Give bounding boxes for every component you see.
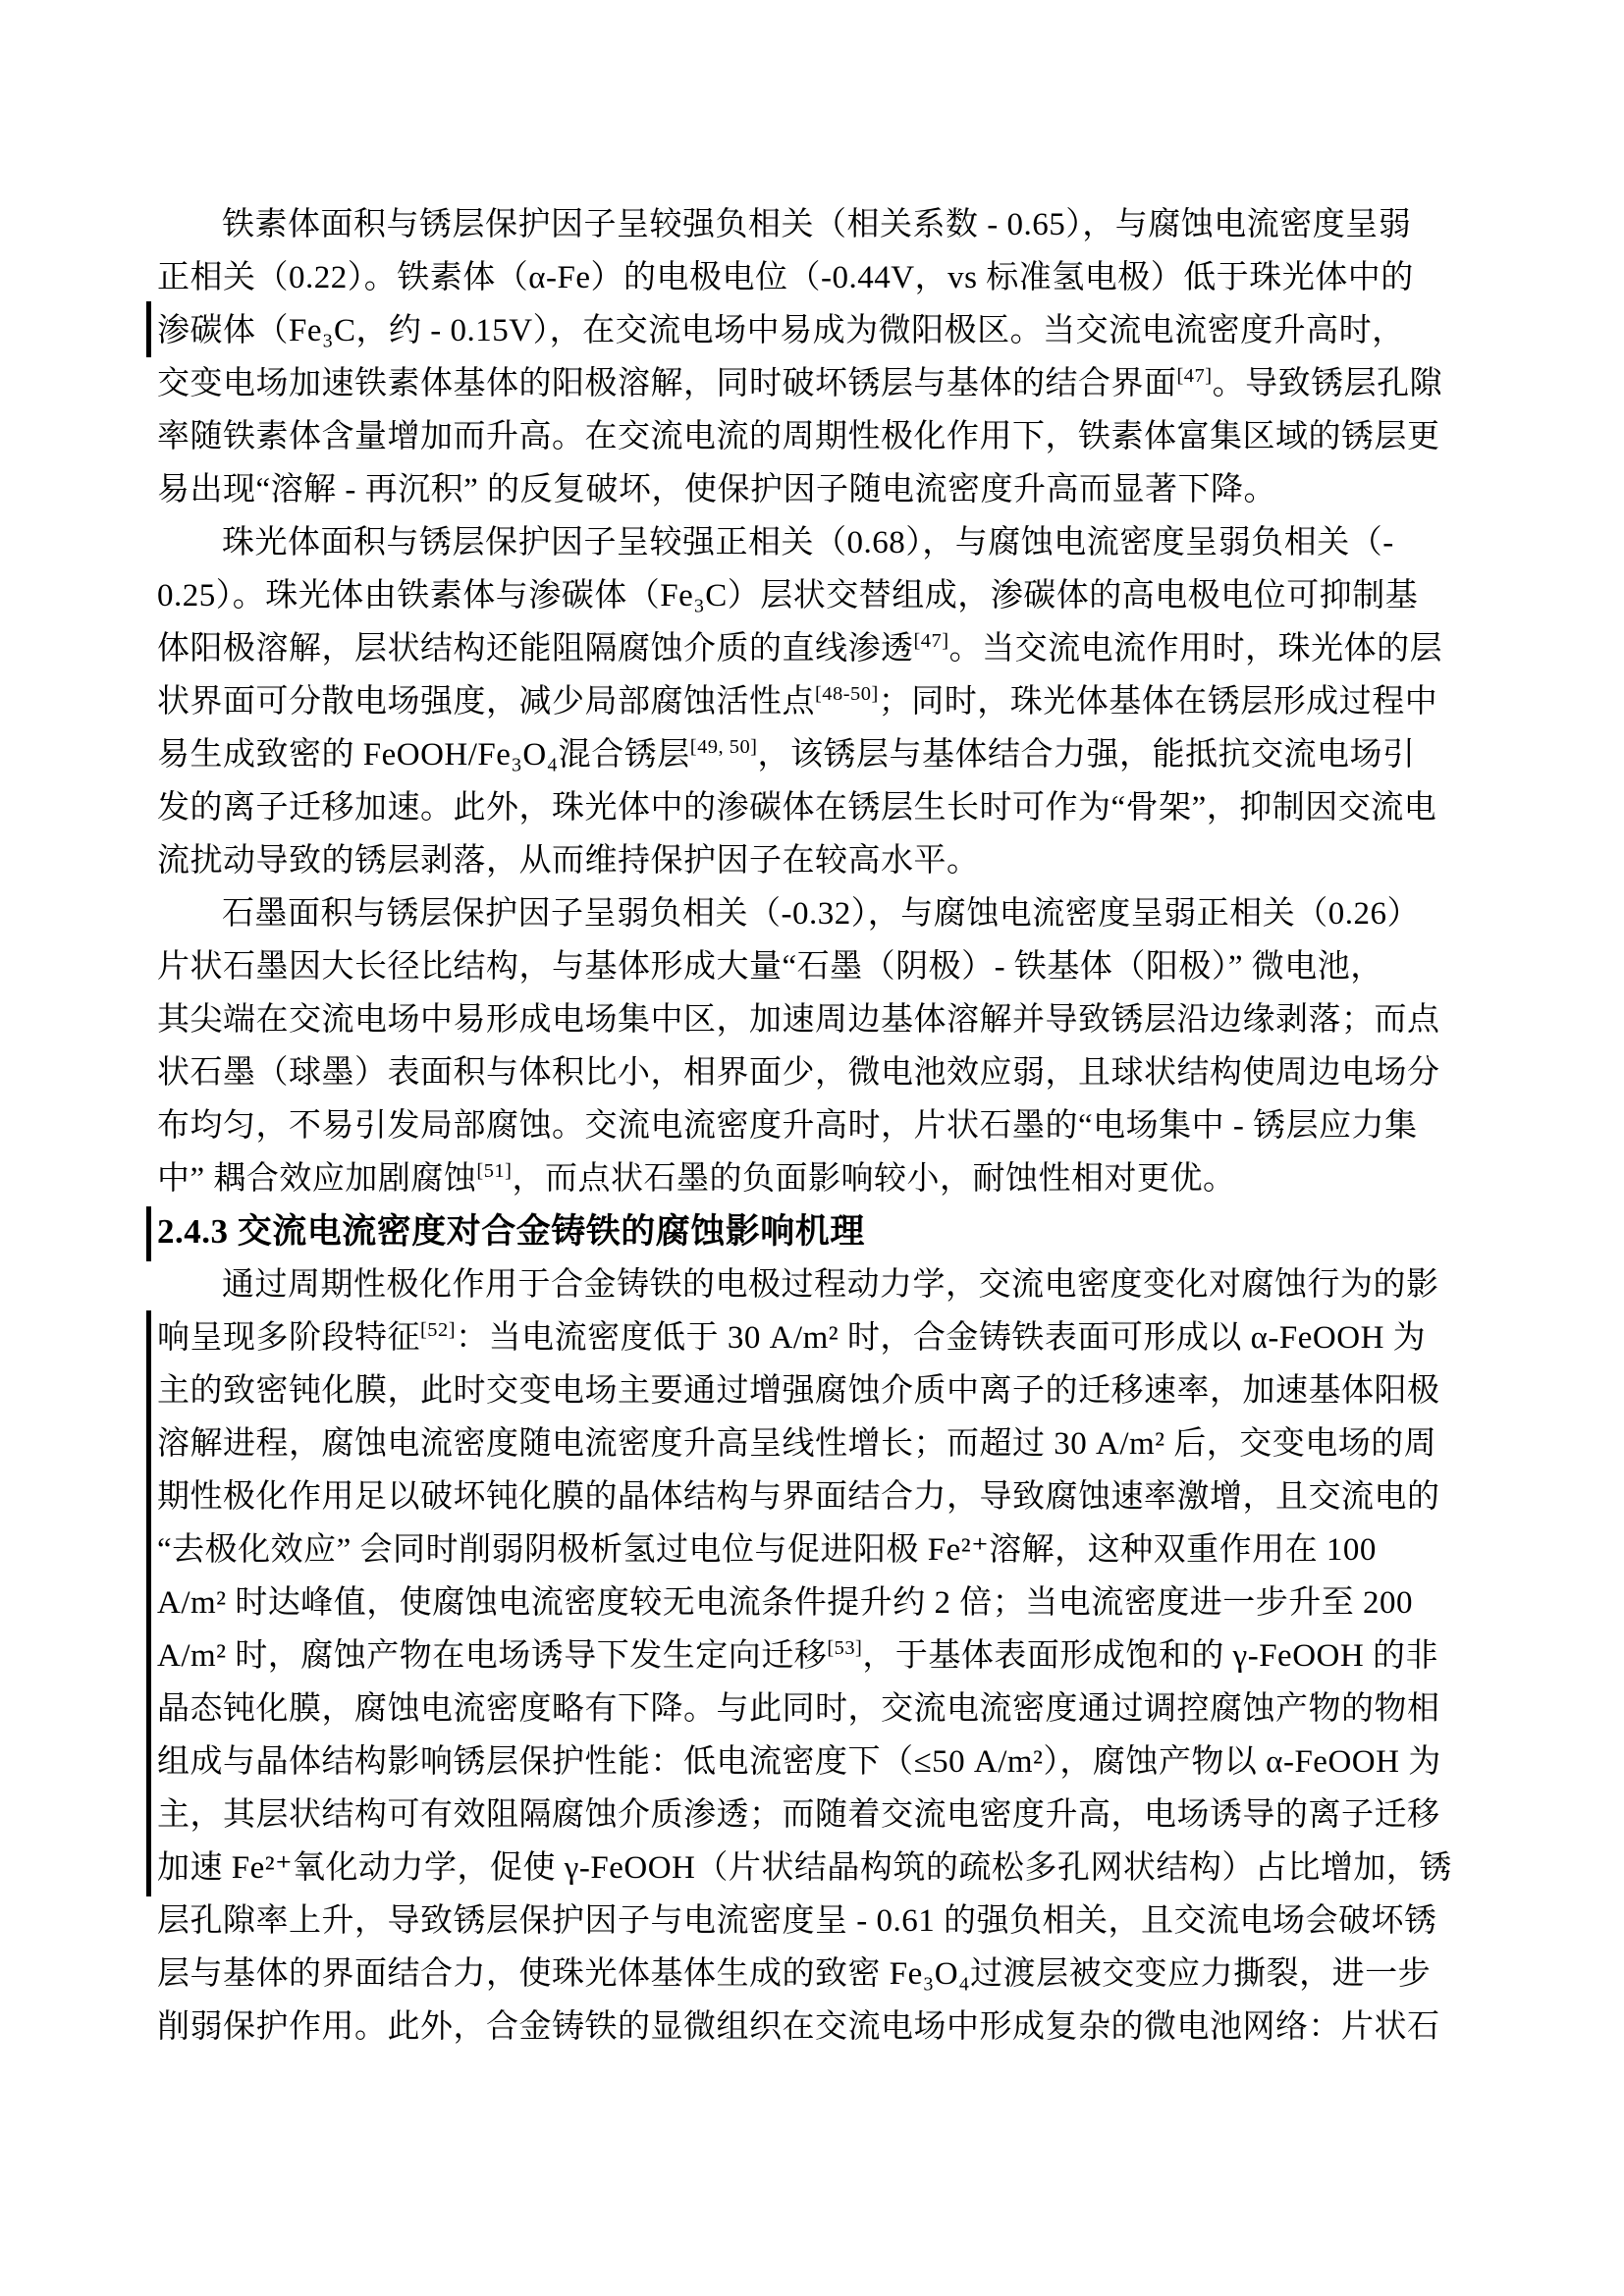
text-line: 晶态钝化膜，腐蚀电流密度略有下降。与此同时，交流电流密度通过调控腐蚀产物的物相 xyxy=(157,1682,1478,1735)
text-line: 铁素体面积与锈层保护因子呈较强负相关（相关系数 - 0.65），与腐蚀电流密度呈… xyxy=(157,198,1478,251)
text-line: 交变电场加速铁素体基体的阳极溶解，同时破坏锈层与基体的结合界面[47]。导致锈层… xyxy=(157,357,1478,410)
text-line: “去极化效应” 会同时削弱阴极析氢过电位与促进阳极 Fe²⁺溶解，这种双重作用在… xyxy=(157,1523,1478,1576)
text-line: 层孔隙率上升，导致锈层保护因子与电流密度呈 - 0.61 的强负相关，且交流电场… xyxy=(157,1895,1478,1948)
text-line: 期性极化作用足以破坏钝化膜的晶体结构与界面结合力，导致腐蚀速率激增，且交流电的 xyxy=(157,1470,1478,1523)
section-heading: 2.4.3 交流电流密度对合金铸铁的腐蚀影响机理 xyxy=(157,1205,1478,1258)
text-line: 层与基体的界面结合力，使珠光体基体生成的致密 Fe₃O₄过渡层被交变应力撕裂，进… xyxy=(157,1948,1478,2001)
text-block: 铁素体面积与锈层保护因子呈较强负相关（相关系数 - 0.65），与腐蚀电流密度呈… xyxy=(157,198,1478,2054)
text-line: 响呈现多阶段特征[52]：当电流密度低于 30 A/m² 时，合金铸铁表面可形成… xyxy=(157,1311,1478,1364)
text-line: 布均匀，不易引发局部腐蚀。交流电流密度升高时，片状石墨的“电场集中 - 锈层应力… xyxy=(157,1099,1478,1152)
paragraph-graphite: 石墨面积与锈层保护因子呈弱负相关（-0.32），与腐蚀电流密度呈弱正相关（0.2… xyxy=(157,887,1478,1205)
text-line: 珠光体面积与锈层保护因子呈较强正相关（0.68），与腐蚀电流密度呈弱负相关（- xyxy=(157,516,1478,569)
text-line: 主，其层状结构可有效阻隔腐蚀介质渗透；而随着交流电密度升高，电场诱导的离子迁移 xyxy=(157,1789,1478,1842)
text-line: 其尖端在交流电场中易形成电场集中区，加速周边基体溶解并导致锈层沿边缘剥落；而点 xyxy=(157,993,1478,1046)
document-page: 铁素体面积与锈层保护因子呈较强负相关（相关系数 - 0.65），与腐蚀电流密度呈… xyxy=(0,0,1624,2296)
text-line: 易出现“溶解 - 再沉积” 的反复破坏，使保护因子随电流密度升高而显著下降。 xyxy=(157,463,1478,516)
paragraph-ferrite: 铁素体面积与锈层保护因子呈较强负相关（相关系数 - 0.65），与腐蚀电流密度呈… xyxy=(157,198,1478,516)
text-line: 状界面可分散电场强度，减少局部腐蚀活性点[48-50]；同时，珠光体基体在锈层形… xyxy=(157,675,1478,728)
change-bar xyxy=(146,1310,151,1896)
change-bar xyxy=(146,1206,151,1261)
paragraph-ac-density-mechanism: 通过周期性极化作用于合金铸铁的电极过程动力学，交流电密度变化对腐蚀行为的影 响呈… xyxy=(157,1258,1478,2054)
text-line: A/m² 时，腐蚀产物在电场诱导下发生定向迁移[53]，于基体表面形成饱和的 γ… xyxy=(157,1629,1478,1682)
paragraph-pearlite: 珠光体面积与锈层保护因子呈较强正相关（0.68），与腐蚀电流密度呈弱负相关（- … xyxy=(157,516,1478,887)
text-line: 加速 Fe²⁺氧化动力学，促使 γ-FeOOH（片状结晶构筑的疏松多孔网状结构）… xyxy=(157,1842,1478,1895)
text-line: 体阳极溶解，层状结构还能阻隔腐蚀介质的直线渗透[47]。当交流电流作用时，珠光体… xyxy=(157,622,1478,675)
text-line: 组成与晶体结构影响锈层保护性能：低电流密度下（≤50 A/m²），腐蚀产物以 α… xyxy=(157,1735,1478,1789)
text-line: 石墨面积与锈层保护因子呈弱负相关（-0.32），与腐蚀电流密度呈弱正相关（0.2… xyxy=(157,887,1478,940)
text-line: 主的致密钝化膜，此时交变电场主要通过增强腐蚀介质中离子的迁移速率，加速基体阳极 xyxy=(157,1364,1478,1417)
text-line: 削弱保护作用。此外，合金铸铁的显微组织在交流电场中形成复杂的微电池网络：片状石 xyxy=(157,2001,1478,2054)
text-line: 流扰动导致的锈层剥落，从而维持保护因子在较高水平。 xyxy=(157,834,1478,887)
text-line: 溶解进程，腐蚀电流密度随电流密度升高呈线性增长；而超过 30 A/m² 后，交变… xyxy=(157,1417,1478,1470)
text-line: 易生成致密的 FeOOH/Fe₃O₄混合锈层[49, 50]，该锈层与基体结合力… xyxy=(157,728,1478,781)
change-bar xyxy=(146,301,151,357)
text-line: 正相关（0.22）。铁素体（α-Fe）的电极电位（-0.44V，vs 标准氢电极… xyxy=(157,251,1478,304)
text-line: 片状石墨因大长径比结构，与基体形成大量“石墨（阴极）- 铁基体（阳极）” 微电池… xyxy=(157,940,1478,993)
text-line: 中” 耦合效应加剧腐蚀[51]，而点状石墨的负面影响较小，耐蚀性相对更优。 xyxy=(157,1152,1478,1205)
text-line: 率随铁素体含量增加而升高。在交流电流的周期性极化作用下，铁素体富集区域的锈层更 xyxy=(157,410,1478,463)
text-line: 发的离子迁移加速。此外，珠光体中的渗碳体在锈层生长时可作为“骨架”，抑制因交流电 xyxy=(157,781,1478,834)
text-line: 渗碳体（Fe₃C，约 - 0.15V），在交流电场中易成为微阳极区。当交流电流密… xyxy=(157,304,1478,357)
text-line: 0.25）。珠光体由铁素体与渗碳体（Fe₃C）层状交替组成，渗碳体的高电极电位可… xyxy=(157,569,1478,622)
text-line: 状石墨（球墨）表面积与体积比小，相界面少，微电池效应弱，且球状结构使周边电场分 xyxy=(157,1046,1478,1099)
text-line: 通过周期性极化作用于合金铸铁的电极过程动力学，交流电密度变化对腐蚀行为的影 xyxy=(157,1258,1478,1311)
text-line: A/m² 时达峰值，使腐蚀电流密度较无电流条件提升约 2 倍；当电流密度进一步升… xyxy=(157,1576,1478,1629)
